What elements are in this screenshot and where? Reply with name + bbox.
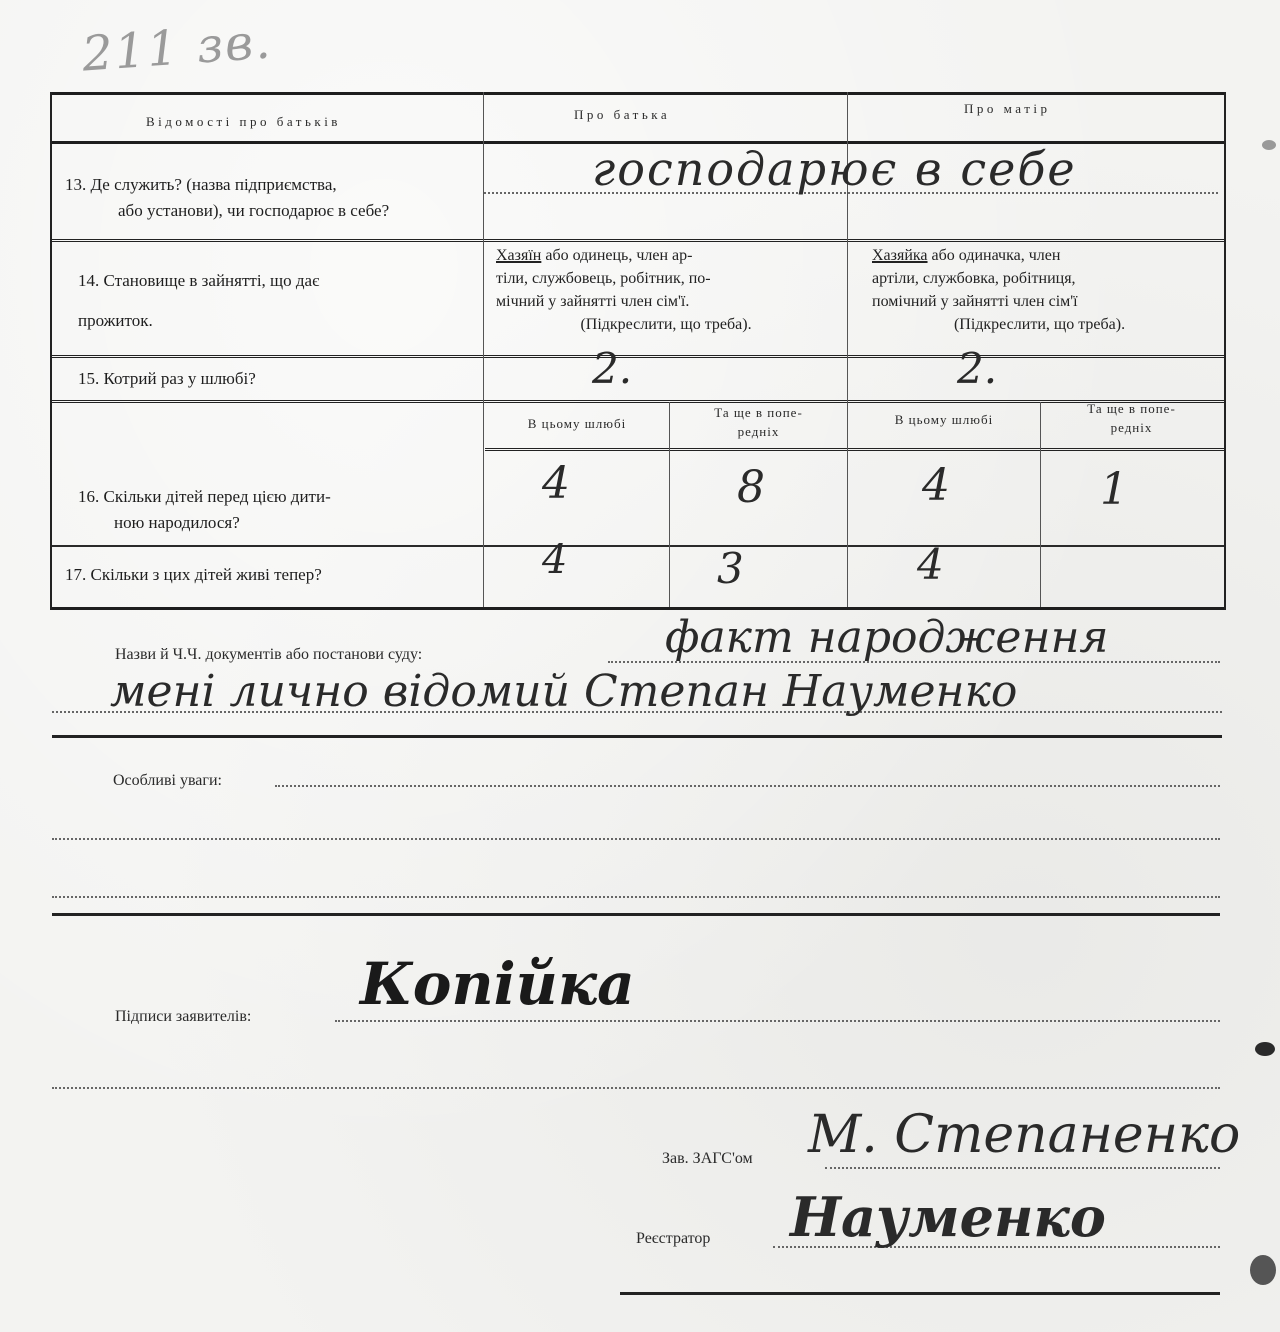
subheader-father-this-marriage: В цьому шлюбі bbox=[485, 414, 669, 433]
remarks-field-line1[interactable] bbox=[275, 785, 1220, 787]
documents-value-line1: факт народження bbox=[665, 612, 1109, 663]
header-mother: Про матір bbox=[964, 101, 1051, 117]
father-option-owner-underlined[interactable]: Хазяїн bbox=[496, 247, 541, 264]
father-option-line2: тіли, службовець, робітник, по- bbox=[496, 267, 836, 290]
row14-question-line1: 14. Становище в зайнятті, що дає bbox=[78, 268, 319, 294]
applicant-signature: Копійка bbox=[360, 950, 635, 1018]
row15-question: 15. Котрий раз у шлюбі? bbox=[78, 366, 256, 392]
ink-blot bbox=[1250, 1255, 1276, 1285]
documents-label: Назви й Ч.Ч. документів або постанови су… bbox=[115, 646, 422, 664]
row14-question-line2: прожиток. bbox=[78, 308, 153, 334]
subheader-father-previous: Та ще в попе- редніх bbox=[670, 403, 847, 441]
row16-father-this: 4 bbox=[542, 458, 570, 509]
header-section: Відомості про батьків bbox=[146, 114, 341, 130]
applicant-signature-line1[interactable] bbox=[335, 1020, 1220, 1022]
documents-section-rule bbox=[52, 735, 1222, 738]
remarks-section-rule bbox=[52, 913, 1220, 916]
ink-blot bbox=[1255, 1042, 1275, 1056]
zags-head-signature: М. Степаненко bbox=[808, 1105, 1240, 1165]
zags-head-label: Зав. ЗАГС'ом bbox=[662, 1150, 753, 1168]
row16-bottom-rule bbox=[52, 545, 1224, 547]
table-bottom-rule bbox=[52, 607, 1224, 610]
mother-option-line3: помічний у зайнятті член сім'ї bbox=[872, 290, 1207, 313]
row16-question-line1: 16. Скільки дітей перед цією дити- bbox=[78, 484, 331, 510]
row13-question-line1: 13. Де служить? (назва підприємства, bbox=[65, 172, 337, 198]
row14-bottom-rule bbox=[52, 355, 1224, 358]
mother-option-owner-underlined[interactable]: Хазяйка bbox=[872, 247, 928, 264]
remarks-label: Особливі уваги: bbox=[113, 772, 222, 790]
subheader-father-previous-line1: Та ще в попе- bbox=[670, 403, 847, 422]
subheader-mother-previous: Та ще в попе- редніх bbox=[1041, 399, 1222, 437]
row16-father-previous: 8 bbox=[737, 462, 765, 513]
row14-mother-options: Хазяйка або одиначка, член артіли, служб… bbox=[872, 244, 1207, 336]
row16-mother-previous: 1 bbox=[1100, 464, 1128, 515]
applicant-signatures-label: Підписи заявителів: bbox=[115, 1008, 251, 1026]
subheader-mother-this-marriage: В цьому шлюбі bbox=[848, 410, 1040, 429]
row16-mother-this: 4 bbox=[922, 460, 950, 511]
subheader-bottom-rule bbox=[485, 448, 1224, 451]
row14-father-options: Хазяїн або одинець, член ар- тіли, служб… bbox=[496, 244, 836, 336]
father-option-line1[interactable]: Хазяїн або одинець, член ар- bbox=[496, 244, 836, 267]
row16-question-line2: ною народилося? bbox=[114, 510, 240, 536]
father-option-line3: мічний у зайнятті член сім'ї. bbox=[496, 290, 836, 313]
row17-mother-this: 4 bbox=[917, 540, 944, 589]
documents-value-line2: мені лично відомий Степан Науменко bbox=[110, 666, 1017, 717]
row17-question: 17. Скільки з цих дітей живі тепер? bbox=[65, 562, 322, 588]
header-father: Про батька bbox=[574, 107, 670, 123]
mother-option-line1[interactable]: Хазяйка або одиначка, член bbox=[872, 244, 1207, 267]
row13-bottom-rule bbox=[52, 239, 1224, 242]
registrar-signature: Науменко bbox=[790, 1185, 1106, 1249]
remarks-field-line2[interactable] bbox=[52, 838, 1220, 840]
mother-option-line4: (Підкреслити, що треба). bbox=[872, 313, 1207, 336]
col-divider-1 bbox=[483, 92, 484, 607]
remarks-field-line3[interactable] bbox=[52, 896, 1220, 898]
mother-option-line2: артіли, службовка, робітниця, bbox=[872, 267, 1207, 290]
row17-father-previous: 3 bbox=[717, 544, 744, 593]
registrar-label: Реєстратор bbox=[636, 1230, 710, 1248]
parents-info-table: Відомості про батьків Про батька Про мат… bbox=[50, 92, 1226, 610]
table-top-rule bbox=[52, 92, 1224, 95]
row17-father-this: 4 bbox=[542, 537, 567, 583]
applicant-signature-line2[interactable] bbox=[52, 1087, 1220, 1089]
row15-mother-value: 2. bbox=[957, 344, 997, 393]
row13-answer: господарює в себе bbox=[592, 142, 1077, 196]
subheader-father-previous-line2: редніх bbox=[670, 422, 847, 441]
ink-blot bbox=[1262, 140, 1276, 150]
subheader-mother-previous-line1: Та ще в попе- bbox=[1041, 399, 1222, 418]
row15-father-value: 2. bbox=[592, 344, 632, 393]
father-option-line4: (Підкреслити, що треба). bbox=[496, 313, 836, 336]
subheader-mother-previous-line2: редніх bbox=[1041, 418, 1222, 437]
zags-head-signature-line[interactable] bbox=[825, 1167, 1220, 1169]
row13-question-line2: або установи), чи господарює в себе? bbox=[118, 198, 389, 224]
bottom-rule bbox=[620, 1292, 1220, 1295]
